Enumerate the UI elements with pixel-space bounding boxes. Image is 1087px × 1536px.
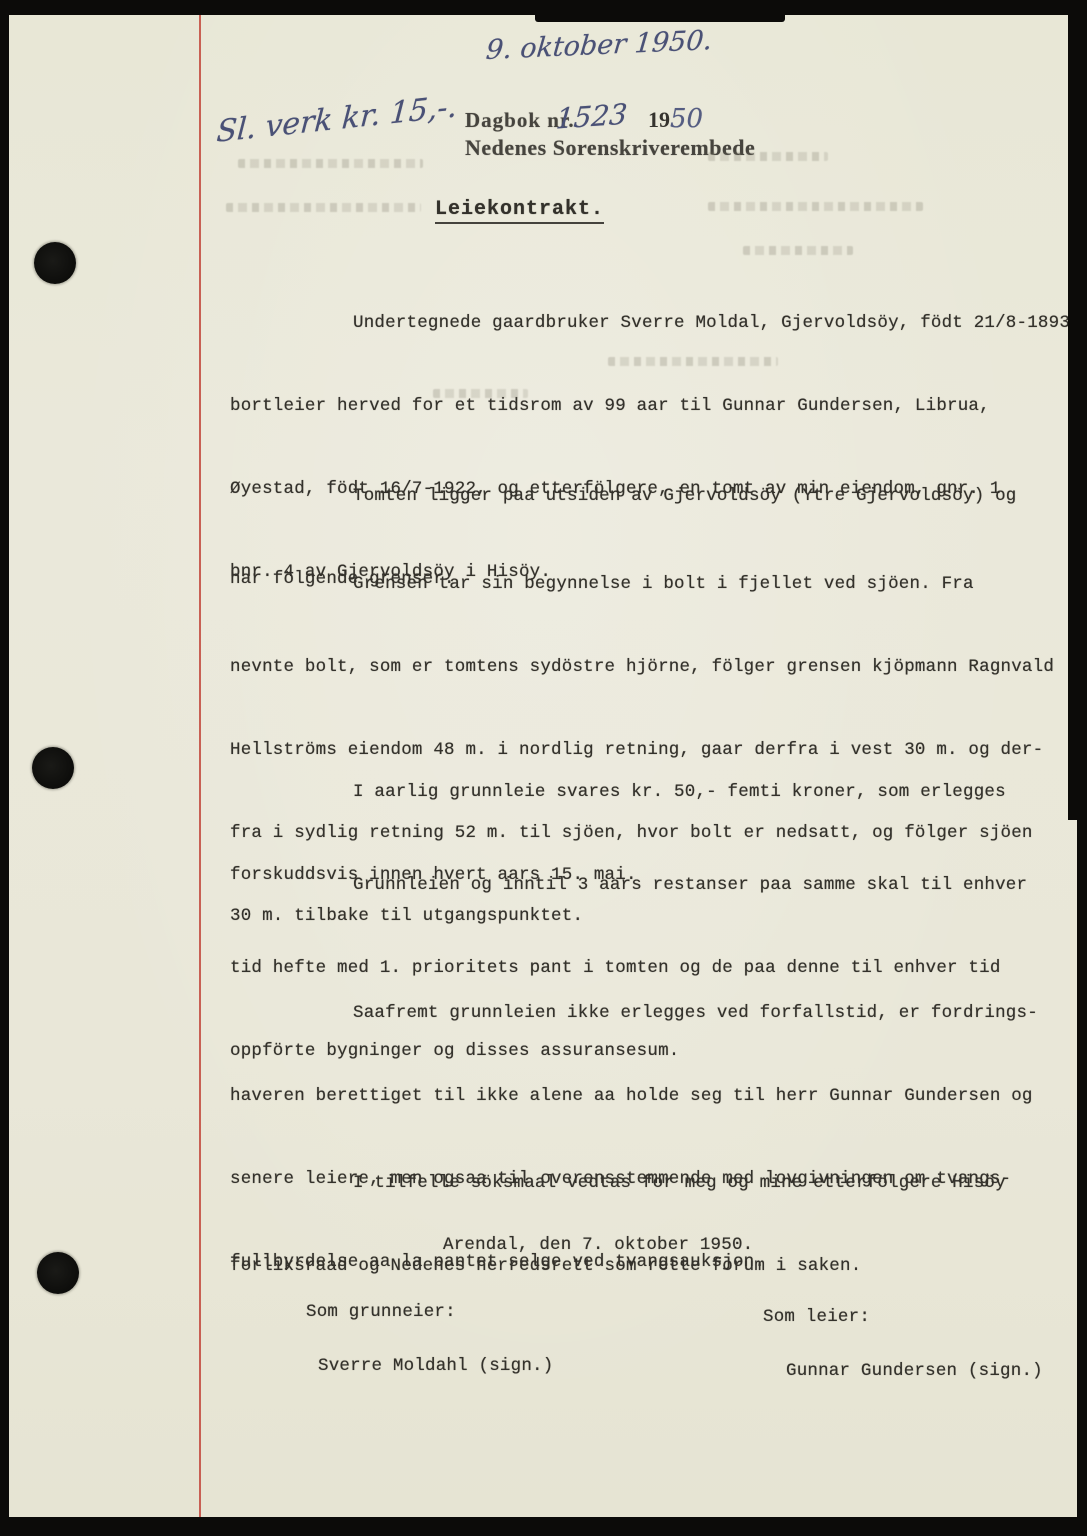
lessor-signature: Sverre Moldahl (sign.) bbox=[318, 1356, 553, 1376]
body-line: Tomten ligger paa utsiden av Gjervoldsöy… bbox=[230, 475, 1087, 518]
scan-edge-bottom bbox=[0, 1517, 1087, 1536]
bleedthrough-smudge bbox=[238, 159, 423, 168]
scan-edge-right bbox=[1077, 800, 1087, 1536]
handwritten-date-note: 9. oktober 1950. bbox=[485, 25, 714, 66]
bleedthrough-smudge bbox=[708, 202, 923, 211]
scan-edge-top-tab bbox=[535, 0, 785, 22]
scan-edge-right bbox=[1068, 0, 1087, 820]
bleedthrough-smudge bbox=[608, 357, 778, 366]
place-date-line: Arendal, den 7. oktober 1950. bbox=[443, 1235, 753, 1255]
body-line: Grensen tar sin begynnelse i bolt i fjel… bbox=[230, 563, 1087, 606]
body-line: nevnte bolt, som er tomtens sydöstre hjö… bbox=[230, 646, 1087, 689]
body-line: haveren berettiget til ikke alene aa hol… bbox=[230, 1075, 1087, 1118]
bleedthrough-smudge bbox=[226, 203, 421, 212]
body-line: I tilfelle söksmaal vedtas for meg og mi… bbox=[230, 1162, 1087, 1205]
body-line: Undertegnede gaardbruker Sverre Moldal, … bbox=[230, 302, 1087, 345]
lessee-signature: Gunnar Gundersen (sign.) bbox=[786, 1361, 1043, 1381]
body-line: Saafremt grunnleien ikke erlegges ved fo… bbox=[230, 992, 1087, 1035]
dagbok-number-handwritten: 1523 bbox=[555, 97, 629, 135]
document-title: Leiekontrakt. bbox=[435, 198, 604, 224]
dagbok-year-stamped: 19 bbox=[648, 107, 670, 132]
bleedthrough-smudge bbox=[433, 389, 528, 398]
handwritten-fee-note: Sl. verk kr. 15,-. bbox=[215, 89, 458, 150]
document-page: 9. oktober 1950. Sl. verk kr. 15,-. Dagb… bbox=[8, 14, 1081, 1518]
punch-hole bbox=[34, 242, 76, 284]
scan-edge-left bbox=[0, 0, 9, 1536]
lessor-role-label: Som grunneier: bbox=[306, 1302, 456, 1322]
body-line: Grunnleien og inntil 3 aars restanser pa… bbox=[230, 864, 1087, 907]
margin-rule bbox=[199, 15, 201, 1517]
bleedthrough-smudge bbox=[708, 152, 828, 161]
punch-hole bbox=[37, 1252, 79, 1294]
lessee-role-label: Som leier: bbox=[763, 1307, 870, 1327]
punch-hole bbox=[32, 747, 74, 789]
bleedthrough-smudge bbox=[743, 246, 853, 255]
body-line: I aarlig grunnleie svares kr. 50,- femti… bbox=[230, 771, 1087, 814]
body-line: bortleier herved for et tidsrom av 99 aa… bbox=[230, 385, 1087, 428]
dagbok-year: 1950 bbox=[648, 104, 703, 134]
dagbok-year-handwritten: 50 bbox=[670, 104, 703, 134]
paragraph-7: I tilfelle söksmaal vedtas for meg og mi… bbox=[230, 1122, 1087, 1328]
